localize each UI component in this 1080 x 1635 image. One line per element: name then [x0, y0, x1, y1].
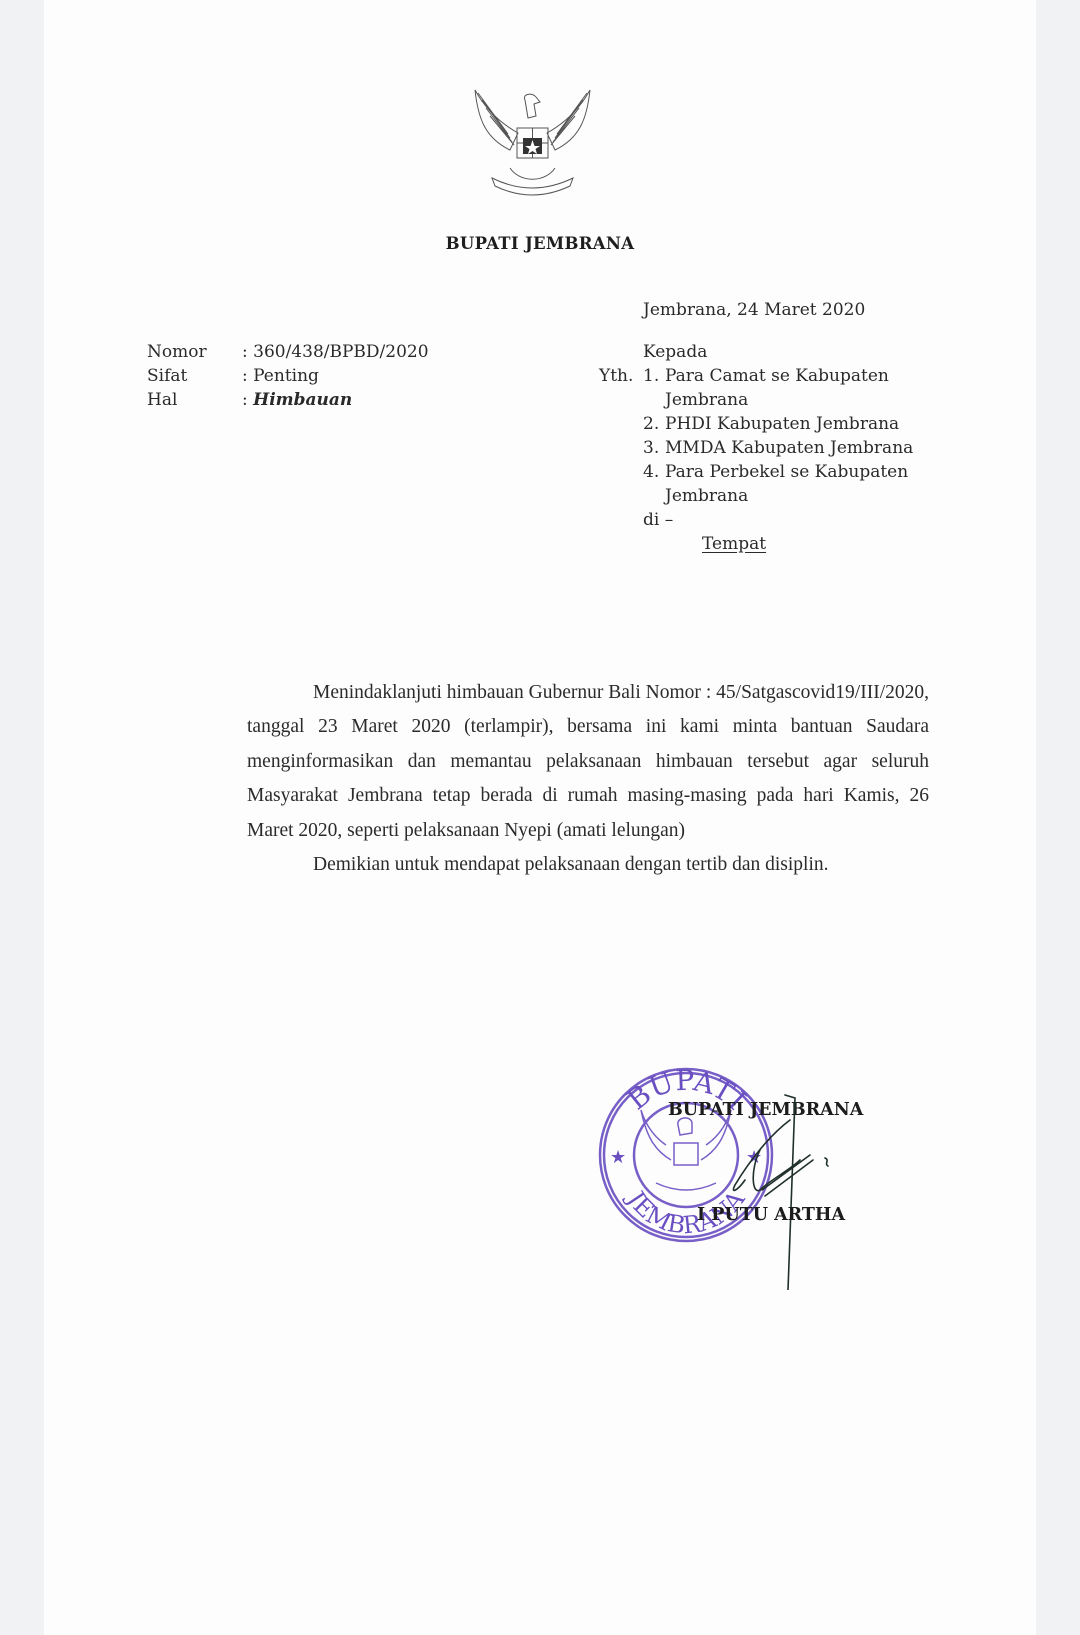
meta-label-sifat: Sifat — [147, 364, 187, 388]
letterhead-title: BUPATI JEMBRANA — [0, 234, 1080, 253]
body-paragraph-1: Menindaklanjuti himbauan Gubernur Bali N… — [247, 676, 929, 848]
recipient-3-num: 3. — [643, 438, 659, 458]
recipient-4: Para Perbekel se Kabupaten — [665, 462, 908, 482]
recipient-kepada: Kepada — [643, 342, 707, 362]
recipient-yth: Yth. — [599, 366, 633, 386]
signatory-name: I PUTU ARTHA — [697, 1205, 845, 1225]
recipient-1: Para Camat se Kabupaten — [665, 366, 889, 386]
recipient-2-num: 2. — [643, 414, 659, 434]
recipient-2: PHDI Kabupaten Jembrana — [665, 414, 899, 434]
recipient-4-cont: Jembrana — [665, 486, 748, 506]
garuda-emblem-icon — [470, 88, 595, 200]
meta-value-sifat: : Penting — [242, 364, 319, 388]
recipient-3: MMDA Kabupaten Jembrana — [665, 438, 913, 458]
meta-value-hal: : Himbauan — [242, 388, 352, 412]
recipient-di: di – — [643, 510, 673, 530]
svg-text:★: ★ — [610, 1147, 626, 1168]
letter-date: Jembrana, 24 Maret 2020 — [643, 300, 865, 320]
recipient-4-num: 4. — [643, 462, 659, 482]
recipient-1-num: 1. — [643, 366, 659, 386]
meta-hal-prefix: : — [242, 390, 253, 410]
letter-body: Menindaklanjuti himbauan Gubernur Bali N… — [247, 676, 929, 882]
recipient-tempat: Tempat — [702, 534, 766, 554]
meta-label-hal: Hal — [147, 388, 177, 412]
handwritten-signature-icon — [690, 1090, 860, 1290]
meta-value-nomor: : 360/438/BPBD/2020 — [242, 340, 429, 364]
meta-hal-subject: Himbauan — [253, 390, 352, 410]
recipient-1-cont: Jembrana — [665, 390, 748, 410]
meta-label-nomor: Nomor — [147, 340, 207, 364]
body-paragraph-2: Demikian untuk mendapat pelaksanaan deng… — [247, 848, 929, 882]
